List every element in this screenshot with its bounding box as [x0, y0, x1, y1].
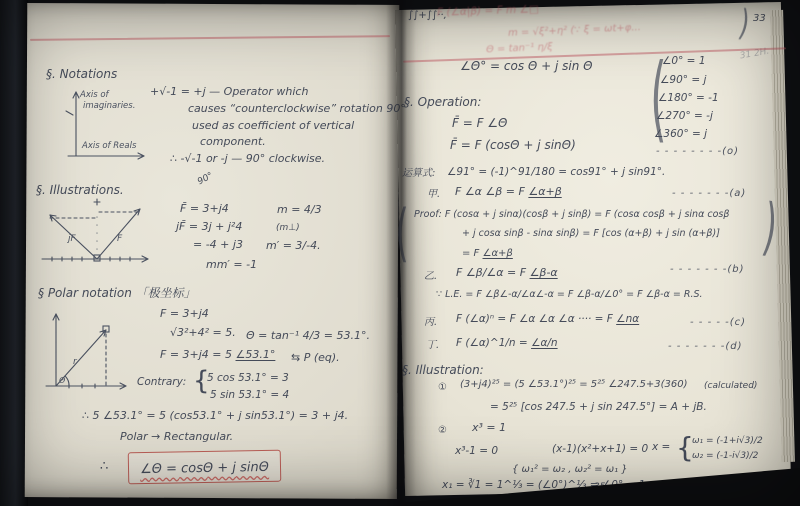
page-number: 33 [753, 13, 766, 24]
axis-reals-label: Axis of Reals [81, 141, 137, 151]
proof-line-1: Proof: F (cosα + j sinα)(cosβ + j sinβ) … [414, 210, 729, 220]
polar-eq3: F = 3+j4 = 5 ∠53.1° [160, 349, 275, 361]
rule-a: F ∠α ∠β = F ∠α+β [455, 186, 562, 198]
proof-line-3: = F ∠α+β [462, 248, 513, 259]
illustration-heading: §. Illustration: [402, 364, 484, 377]
polar-eq3-angle: ∠53.1° [236, 348, 276, 361]
operation-heading: §. Operation: [404, 96, 481, 109]
therefore-symbol: ∴ [100, 460, 108, 474]
rule-c-numeral: 丙. [424, 317, 437, 328]
angle-table-row: ∠360° = j [654, 129, 707, 141]
right-page [395, 2, 791, 496]
op-cn-label: 运算式: [402, 168, 435, 179]
f-vector-label: F [117, 234, 123, 244]
axis-imaginaries-label-1: Axis of [79, 90, 111, 100]
proof-line-2: + j cosα sinβ - sinα sinβ) = F [cos (α+β… [462, 229, 720, 239]
notations-line-2: causes “counterclockwise” rotation 90° [188, 103, 406, 115]
polar-eq5: Polar → Rectangular. [120, 431, 233, 443]
rule-a-angle: ∠α+β [528, 185, 561, 198]
notations-line-1: +√-1 = +j — Operator which [150, 86, 308, 98]
ill-eq2: = 5²⁵ [cos 247.5 + j sin 247.5°] = A + j… [490, 402, 707, 414]
notations-heading: §. Notations [46, 68, 117, 81]
ill-eq4b: (x-1)(x²+x+1) = 0 [552, 444, 648, 456]
item-1-numeral: ① [438, 382, 447, 393]
polar-triangle-diagram: Θ r [42, 308, 132, 392]
angle-table-row: ∠90° = j [660, 75, 706, 87]
contrary-line-2: 5 sin 53.1° = 4 [210, 390, 289, 402]
rule-d: F (∠α)^1/n = ∠α/n [456, 338, 558, 350]
illu-eq3-m: m′ = 3/-4. [266, 240, 321, 252]
boxed-euler-formula: ∠Θ = cosΘ + j sinΘ [128, 450, 281, 485]
rule-b-pre: F ∠β/∠α = F [456, 266, 530, 279]
angle-table-row: ∠180° = -1 [658, 93, 719, 105]
notations-line-5: ∴ -√-1 or -j — 90° clockwise. [170, 153, 325, 165]
rule-a-pre: F ∠α ∠β = F [455, 185, 528, 198]
omega-2: ω₂ = (-1-i√3)/2 [692, 452, 758, 462]
axis-imaginaries-label-2: imaginaries. [83, 101, 135, 111]
contrary-label: Contrary: [137, 377, 186, 389]
ill-eq3: x³ = 1 [472, 422, 506, 434]
illu-eq2: jF̄ = 3j + j²4 [176, 221, 242, 233]
rule-c-pre: F (∠α)ⁿ = F ∠α ∠α ∠α ···· = F [456, 313, 616, 325]
ref-b-label: - - - - - - -(b) [670, 264, 744, 275]
illu-eq3: = -4 + j3 [193, 239, 243, 251]
ill-eq1: (3+j4)²⁵ = (5 ∠53.1°)²⁵ = 5²⁵ ∠247.5+3(3… [460, 379, 688, 390]
illu-eq2-m: (m⊥) [276, 224, 300, 234]
ill-eq1b: (calculated) [704, 382, 757, 392]
ref-a-label: - - - - - - -(a) [672, 188, 746, 199]
angle-table-row: ∠0° = 1 [662, 56, 706, 68]
ref-c-label: - - - - -(c) [690, 317, 746, 328]
rule-d-pre: F (∠α)^1/n = [456, 337, 531, 349]
ill-eq5: { ω₁² = ω₂ , ω₂² = ω₁ } [512, 464, 628, 475]
op-eq3: ∠91° = (-1)^91/180 = cos91° + j sin91°. [447, 167, 665, 179]
illu-eq4: mm′ = -1 [206, 259, 257, 271]
notations-line-4: component. [200, 136, 266, 148]
contrary-line-1: 5 cos 53.1° = 3 [207, 373, 289, 385]
vector-diagram: jF F [40, 193, 155, 268]
ill-eq4c: x = [652, 442, 670, 454]
rule-b-angle: ∠β-α [530, 266, 558, 279]
angle-table-row: ∠270° = -j [656, 111, 713, 123]
table-ref-label: - - - - - - - -(o) [656, 146, 739, 157]
omega-1: ω₁ = (-1+i√3)/2 [692, 437, 763, 447]
rule-b-proof: ∵ L.E. = F ∠β∠-α/∠α∠-α = F ∠β-α/∠0° = F … [436, 290, 703, 300]
theta-angle-label: Θ [59, 376, 66, 385]
polar-eq3b: ⇆ P (eq). [291, 352, 340, 364]
item-2-numeral: ② [438, 425, 447, 436]
illu-eq1-m: m = 4/3 [277, 204, 322, 216]
polar-eq4: ∴ 5 ∠53.1° = 5 (cos53.1° + j sin53.1°) =… [82, 410, 348, 422]
rule-c: F (∠α)ⁿ = F ∠α ∠α ∠α ···· = F ∠nα [456, 314, 639, 326]
ref-d-label: - - - - - - -(d) [668, 341, 742, 352]
op-eq1: F̄ = F ∠Θ [452, 117, 508, 130]
rule-b-numeral: 乙. [424, 271, 437, 282]
rule-a-numeral: 甲. [427, 189, 440, 200]
jf-vector-label: jF [66, 234, 77, 244]
rule-b: F ∠β/∠α = F ∠β-α [456, 267, 558, 279]
polar-eq3-pre: F = 3+j4 = 5 [160, 348, 236, 361]
rule-d-angle: ∠α/n [531, 337, 558, 349]
polar-eq2: √3²+4² = 5. [170, 327, 236, 339]
notebook-cover-left [0, 0, 28, 506]
op-eq2: F̄ = F (cosΘ + j sinΘ) [450, 139, 576, 152]
ill-eq4: x³-1 = 0 [455, 446, 498, 458]
illu-eq1: F̄ = 3+j4 [180, 203, 229, 215]
rule-c-angle: ∠nα [616, 313, 639, 325]
rule-d-numeral: 丁. [426, 340, 439, 351]
polar-heading: § Polar notation 「极坐标」 [38, 287, 196, 300]
proof-paren-left: ( [395, 202, 408, 264]
proof-3-angle: ∠α+β [483, 248, 513, 259]
axes-diagram: Axis of imaginaries. Axis of Reals [62, 84, 150, 162]
euler-identity: ∠Θ° = cos Θ + j sin Θ [460, 60, 593, 73]
boxed-formula-text: ∠Θ = cosΘ + j sinΘ [140, 460, 269, 477]
polar-eq1: F = 3+j4 [160, 308, 209, 320]
polar-eq2b: Θ = tan⁻¹ 4/3 = 53.1°. [246, 330, 370, 342]
proof-3-pre: = F [462, 248, 483, 259]
notations-line-3: used as coefficient of vertical [192, 120, 354, 132]
notebook-photo: §. Notations Axis of imaginaries. Axis o… [0, 0, 800, 506]
